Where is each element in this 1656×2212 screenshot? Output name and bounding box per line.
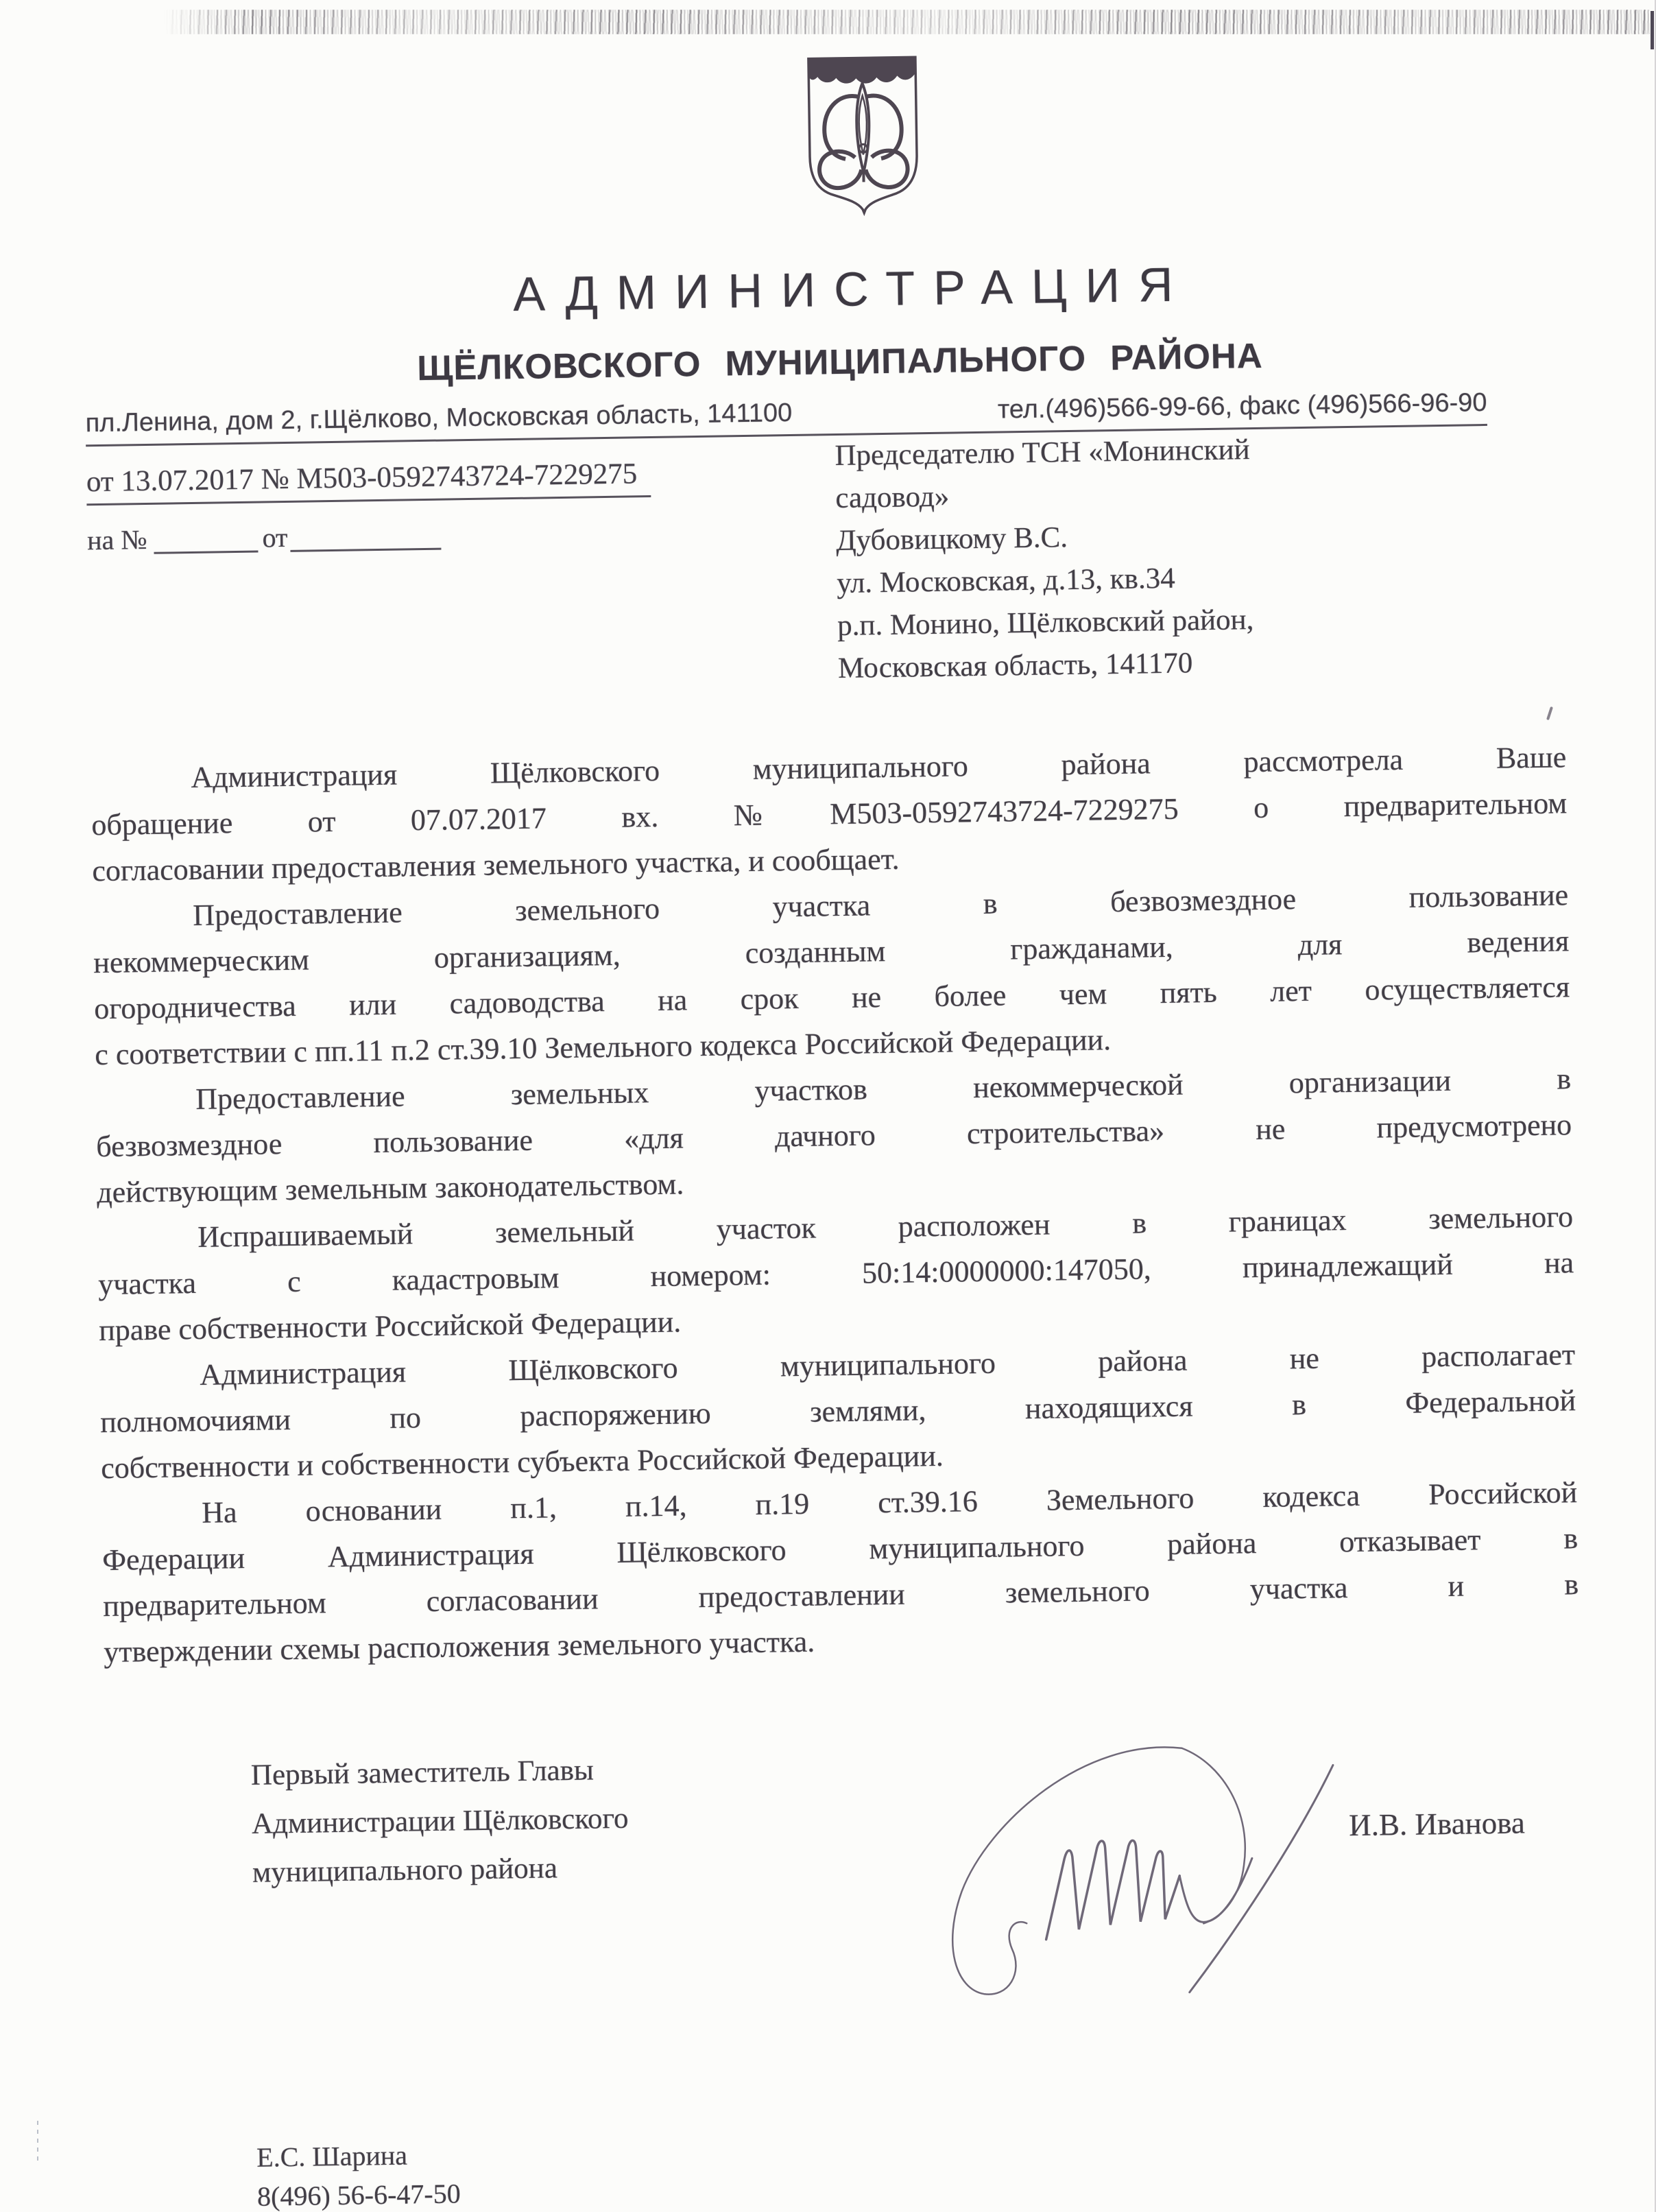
recipient-line: Дубовицкому В.С. — [836, 514, 1253, 562]
letterhead-contact-row: пл.Ленина, дом 2, г.Щёлково, Московская … — [85, 388, 1487, 447]
scan-right-edge-mark — [1651, 11, 1654, 49]
executor-name: Е.С. Шарина — [256, 2134, 460, 2176]
org-postal-address: пл.Ленина, дом 2, г.Щёлково, Московская … — [85, 399, 792, 438]
signer-position-line: муниципального района — [252, 1843, 629, 1897]
coat-of-arms-icon — [802, 53, 924, 217]
org-name-line1: АДМИНИСТРАЦИЯ — [14, 250, 1656, 329]
scanned-letter-page: АДМИНИСТРАЦИЯ ЩЁЛКОВСКОГО МУНИЦИПАЛЬНОГО… — [0, 0, 1656, 2212]
incoming-reference-date-blank — [290, 524, 442, 552]
signer-position: Первый заместитель Главы Администрации Щ… — [250, 1746, 629, 1897]
incoming-reference-prefix: на № — [87, 524, 147, 556]
recipient-line: Московская область, 141170 — [838, 641, 1255, 690]
executor-block: Е.С. Шарина 8(496) 56-6-47-50 — [256, 2134, 461, 2212]
recipient-line: садовод» — [835, 471, 1252, 520]
signer-position-line: Первый заместитель Главы — [250, 1746, 627, 1800]
recipient-line: Председателю ТСН «Монинский — [835, 429, 1251, 477]
recipient-block: Председателю ТСН «Монинский садовод» Дуб… — [835, 429, 1255, 690]
incoming-reference-infix: от — [262, 522, 288, 554]
outgoing-reference: от 13.07.2017 № М503-0592743724-7229275 — [86, 457, 651, 506]
letter-content: АДМИНИСТРАЦИЯ ЩЁЛКОВСКОГО МУНИЦИПАЛЬНОГО… — [0, 0, 1656, 2212]
signer-position-line: Администрации Щёлковского — [251, 1794, 628, 1848]
recipient-line: р.п. Монино, Щёлковский район, — [837, 599, 1254, 647]
signer-name: И.В. Иванова — [1349, 1805, 1525, 1843]
incoming-reference: на №от — [87, 519, 442, 557]
recipient-line: ул. Московская, д.13, кв.34 — [837, 556, 1253, 605]
org-name-line2: ЩЁЛКОВСКОГО МУНИЦИПАЛЬНОГО РАЙОНА — [12, 329, 1656, 394]
org-phone-fax: тел.(496)566-99-66, факс (496)566-96-90 — [998, 388, 1487, 425]
executor-phone: 8(496) 56-6-47-50 — [257, 2174, 461, 2212]
incoming-reference-number-blank — [154, 527, 259, 554]
handwritten-signature — [878, 1706, 1417, 2017]
letter-body: Администрация Щёлковского муниципального… — [91, 734, 1580, 1675]
